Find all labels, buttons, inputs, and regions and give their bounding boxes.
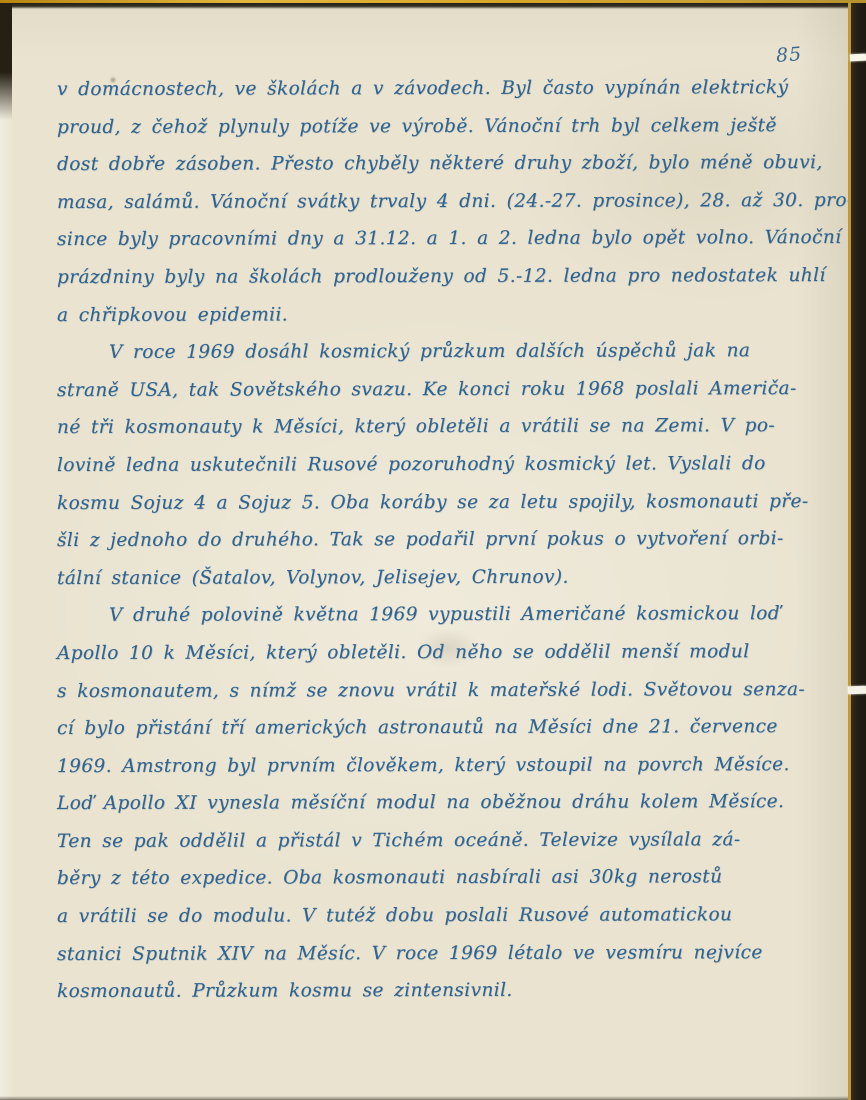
scan-artifact-lower bbox=[848, 686, 866, 695]
text-line: cí bylo přistání tří amerických astronau… bbox=[57, 708, 852, 748]
text-line: Loď Apollo XI vynesla měsíční modul na o… bbox=[57, 783, 852, 823]
text-line: 1969. Amstrong byl prvním člověkem, kter… bbox=[57, 746, 852, 786]
paragraph: V druhé polovině května 1969 vypustili A… bbox=[57, 596, 852, 1010]
text-line: since byly pracovními dny a 31.12. a 1. … bbox=[57, 219, 852, 259]
paragraph: V roce 1969 dosáhl kosmický průzkum dalš… bbox=[57, 333, 852, 596]
text-line: dost dobře zásoben. Přesto chyběly někte… bbox=[57, 144, 852, 184]
text-line: proud, z čehož plynuly potíže ve výrobě.… bbox=[57, 107, 852, 147]
paragraph: v domácnostech, ve školách a v závodech.… bbox=[57, 70, 852, 333]
scan-artifact-upper bbox=[850, 54, 866, 62]
text-line: s kosmonautem, s nímž se znovu vrátil k … bbox=[57, 670, 852, 710]
text-line: tální stanice (Šatalov, Volynov, Jelisej… bbox=[57, 558, 852, 598]
text-line: kosmu Sojuz 4 a Sojuz 5. Oba koráby se z… bbox=[57, 482, 852, 522]
text-line: V druhé polovině května 1969 vypustili A… bbox=[57, 595, 852, 635]
scan-edge-right bbox=[848, 0, 866, 1100]
text-line: a chřipkovou epidemii. bbox=[57, 295, 852, 335]
text-line: běry z této expedice. Oba kosmonauti nas… bbox=[57, 858, 852, 898]
text-line: Apollo 10 k Měsíci, který obletěli. Od n… bbox=[57, 633, 852, 673]
text-line: lovině ledna uskutečnili Rusové pozoruho… bbox=[57, 445, 852, 485]
text-line: a vrátili se do modulu. V tutéž dobu pos… bbox=[57, 896, 852, 936]
scanned-page: 85 v domácnostech, ve školách a v závode… bbox=[0, 0, 866, 1100]
text-line: V roce 1969 dosáhl kosmický průzkum dalš… bbox=[57, 332, 852, 372]
text-line: Ten se pak oddělil a přistál v Tichém oc… bbox=[57, 821, 852, 861]
text-line: masa, salámů. Vánoční svátky trvaly 4 dn… bbox=[57, 182, 852, 222]
page-number: 85 bbox=[775, 43, 803, 67]
text-line: kosmonautů. Průzkum kosmu se zintensivni… bbox=[57, 971, 852, 1011]
scan-edge-bottom bbox=[0, 1096, 866, 1100]
text-line: prázdniny byly na školách prodlouženy od… bbox=[57, 257, 852, 297]
text-line: stanici Sputnik XIV na Měsíc. V roce 196… bbox=[57, 934, 852, 974]
scan-edge-top bbox=[0, 3, 866, 9]
text-line: né tři kosmonauty k Měsíci, který obletě… bbox=[57, 407, 852, 447]
scan-edge-left bbox=[0, 0, 12, 120]
text-line: straně USA, tak Sovětského svazu. Ke kon… bbox=[57, 370, 852, 410]
text-line: v domácnostech, ve školách a v závodech.… bbox=[57, 69, 852, 109]
manuscript-text: v domácnostech, ve školách a v závodech.… bbox=[57, 70, 852, 1010]
text-line: šli z jednoho do druhého. Tak se podařil… bbox=[57, 520, 852, 560]
scan-edge-top-line bbox=[0, 0, 866, 3]
